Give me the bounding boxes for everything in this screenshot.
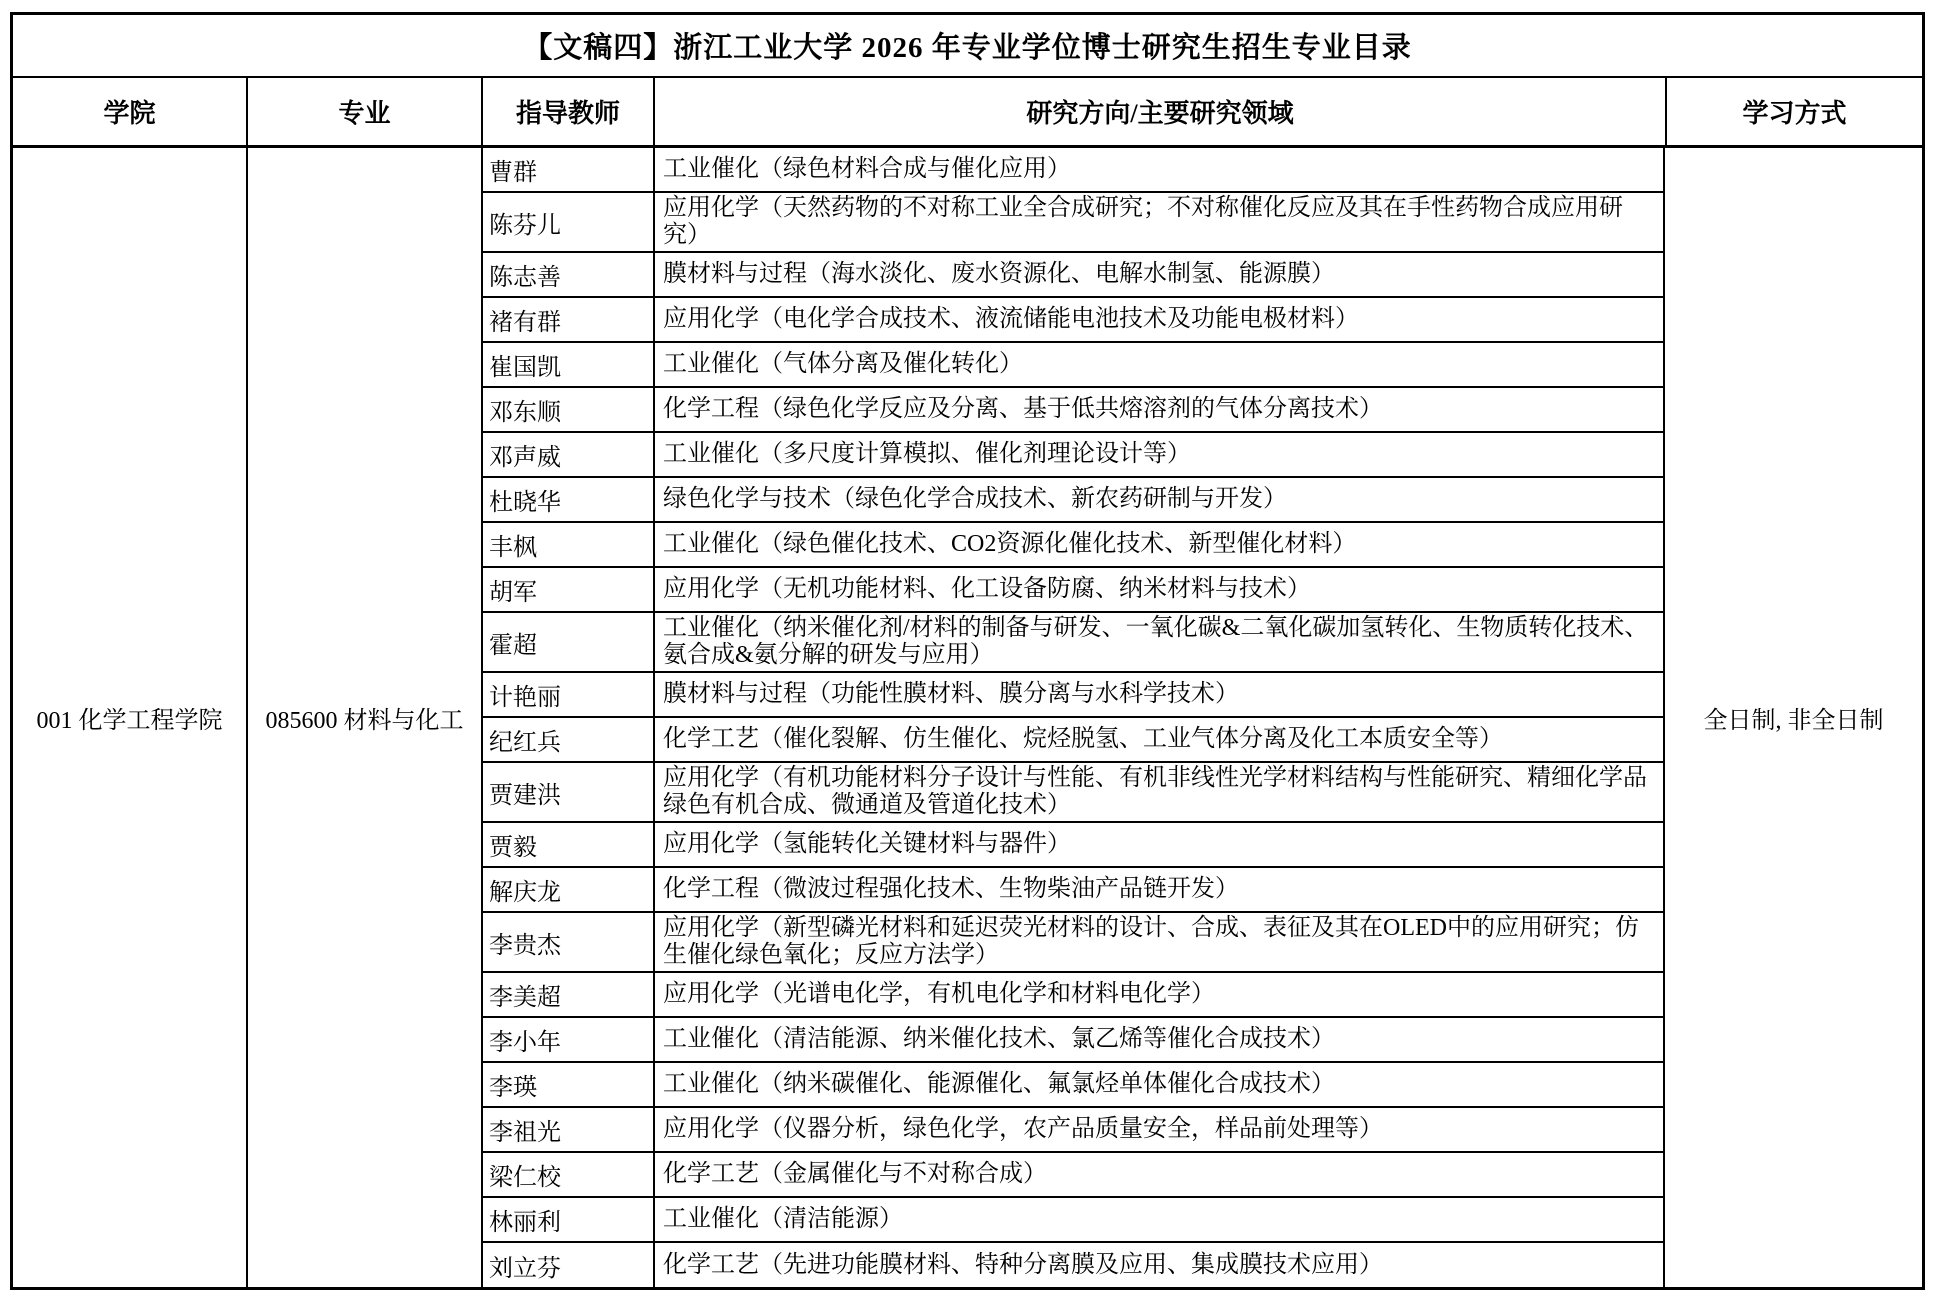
- research-direction: 工业催化（绿色催化技术、CO2资源化催化技术、新型催化材料）: [655, 523, 1663, 566]
- research-direction: 应用化学（仪器分析，绿色化学，农产品质量安全，样品前处理等）: [655, 1108, 1663, 1151]
- table-row: 梁仁校 化学工艺（金属催化与不对称合成）: [483, 1153, 1663, 1198]
- table-row: 解庆龙 化学工程（微波过程强化技术、生物柴油产品链开发）: [483, 868, 1663, 913]
- research-direction: 化学工艺（先进功能膜材料、特种分离膜及应用、集成膜技术应用）: [655, 1243, 1663, 1288]
- research-direction: 应用化学（氢能转化关键材料与器件）: [655, 823, 1663, 866]
- study-mode-cell: 全日制, 非全日制: [1665, 148, 1922, 1287]
- college-cell: 001 化学工程学院: [13, 148, 248, 1287]
- document-page: { "page": { "title": "【文稿四】浙江工业大学 2026 年…: [0, 0, 1938, 1302]
- advisor-name: 陈志善: [483, 253, 655, 296]
- research-direction: 膜材料与过程（海水淡化、废水资源化、电解水制氢、能源膜）: [655, 253, 1663, 296]
- advisor-name: 霍超: [483, 613, 655, 671]
- research-direction: 化学工程（绿色化学反应及分离、基于低共熔溶剂的气体分离技术）: [655, 388, 1663, 431]
- table-row: 胡军 应用化学（无机功能材料、化工设备防腐、纳米材料与技术）: [483, 568, 1663, 613]
- research-direction: 工业催化（多尺度计算模拟、催化剂理论设计等）: [655, 433, 1663, 476]
- research-direction: 工业催化（绿色材料合成与催化应用）: [655, 148, 1663, 191]
- table-row: 霍超 工业催化（纳米催化剂/材料的制备与研发、一氧化碳&二氧化碳加氢转化、生物质…: [483, 613, 1663, 673]
- admissions-catalog-table: 【文稿四】浙江工业大学 2026 年专业学位博士研究生招生专业目录 学院 专业 …: [10, 12, 1925, 1290]
- advisor-name: 贾建洪: [483, 763, 655, 821]
- research-direction: 工业催化（纳米催化剂/材料的制备与研发、一氧化碳&二氧化碳加氢转化、生物质转化技…: [655, 613, 1663, 671]
- table-row: 纪红兵 化学工艺（催化裂解、仿生催化、烷烃脱氢、工业气体分离及化工本质安全等）: [483, 718, 1663, 763]
- research-direction: 绿色化学与技术（绿色化学合成技术、新农药研制与开发）: [655, 478, 1663, 521]
- table-row: 计艳丽 膜材料与过程（功能性膜材料、膜分离与水科学技术）: [483, 673, 1663, 718]
- advisor-name: 李美超: [483, 973, 655, 1016]
- table-row: 陈芬儿 应用化学（天然药物的不对称工业全合成研究；不对称催化反应及其在手性药物合…: [483, 193, 1663, 253]
- table-row: 林丽利 工业催化（清洁能源）: [483, 1198, 1663, 1243]
- table-title: 【文稿四】浙江工业大学 2026 年专业学位博士研究生招生专业目录: [13, 15, 1922, 78]
- table-row: 杜晓华 绿色化学与技术（绿色化学合成技术、新农药研制与开发）: [483, 478, 1663, 523]
- table-row: 邓声威 工业催化（多尺度计算模拟、催化剂理论设计等）: [483, 433, 1663, 478]
- table-row: 邓东顺 化学工程（绿色化学反应及分离、基于低共熔溶剂的气体分离技术）: [483, 388, 1663, 433]
- research-direction: 工业催化（清洁能源）: [655, 1198, 1663, 1241]
- table-row: 李祖光 应用化学（仪器分析，绿色化学，农产品质量安全，样品前处理等）: [483, 1108, 1663, 1153]
- table-row: 李瑛 工业催化（纳米碳催化、能源催化、氟氯烃单体催化合成技术）: [483, 1063, 1663, 1108]
- research-direction: 工业催化（纳米碳催化、能源催化、氟氯烃单体催化合成技术）: [655, 1063, 1663, 1106]
- research-direction: 应用化学（天然药物的不对称工业全合成研究；不对称催化反应及其在手性药物合成应用研…: [655, 193, 1663, 251]
- advisor-rows-column: 曹群 工业催化（绿色材料合成与催化应用） 陈芬儿 应用化学（天然药物的不对称工业…: [483, 148, 1665, 1287]
- advisor-name: 褚有群: [483, 298, 655, 341]
- research-direction: 应用化学（光谱电化学，有机电化学和材料电化学）: [655, 973, 1663, 1016]
- research-direction: 化学工艺（金属催化与不对称合成）: [655, 1153, 1663, 1196]
- advisor-name: 丰枫: [483, 523, 655, 566]
- table-row: 贾建洪 应用化学（有机功能材料分子设计与性能、有机非线性光学材料结构与性能研究、…: [483, 763, 1663, 823]
- table-row: 李贵杰 应用化学（新型磷光材料和延迟荧光材料的设计、合成、表征及其在OLED中的…: [483, 913, 1663, 973]
- advisor-name: 崔国凯: [483, 343, 655, 386]
- header-research-direction: 研究方向/主要研究领域: [655, 78, 1665, 145]
- advisor-name: 解庆龙: [483, 868, 655, 911]
- table-row: 丰枫 工业催化（绿色催化技术、CO2资源化催化技术、新型催化材料）: [483, 523, 1663, 568]
- advisor-name: 邓东顺: [483, 388, 655, 431]
- advisor-name: 贾毅: [483, 823, 655, 866]
- advisor-name: 李祖光: [483, 1108, 655, 1151]
- header-major: 专业: [248, 78, 483, 145]
- advisor-name: 陈芬儿: [483, 193, 655, 251]
- advisor-name: 曹群: [483, 148, 655, 191]
- research-direction: 应用化学（新型磷光材料和延迟荧光材料的设计、合成、表征及其在OLED中的应用研究…: [655, 913, 1663, 971]
- major-cell: 085600 材料与化工: [248, 148, 483, 1287]
- research-direction: 应用化学（无机功能材料、化工设备防腐、纳米材料与技术）: [655, 568, 1663, 611]
- table-body: 001 化学工程学院 085600 材料与化工 曹群 工业催化（绿色材料合成与催…: [13, 148, 1922, 1287]
- table-row: 褚有群 应用化学（电化学合成技术、液流储能电池技术及功能电极材料）: [483, 298, 1663, 343]
- research-direction: 膜材料与过程（功能性膜材料、膜分离与水科学技术）: [655, 673, 1663, 716]
- advisor-name: 李贵杰: [483, 913, 655, 971]
- table-row: 刘立芬 化学工艺（先进功能膜材料、特种分离膜及应用、集成膜技术应用）: [483, 1243, 1663, 1288]
- table-row: 曹群 工业催化（绿色材料合成与催化应用）: [483, 148, 1663, 193]
- table-row: 崔国凯 工业催化（气体分离及催化转化）: [483, 343, 1663, 388]
- advisor-name: 梁仁校: [483, 1153, 655, 1196]
- advisor-name: 李瑛: [483, 1063, 655, 1106]
- table-row: 李美超 应用化学（光谱电化学，有机电化学和材料电化学）: [483, 973, 1663, 1018]
- header-study-mode: 学习方式: [1665, 78, 1922, 145]
- research-direction: 化学工艺（催化裂解、仿生催化、烷烃脱氢、工业气体分离及化工本质安全等）: [655, 718, 1663, 761]
- advisor-name: 纪红兵: [483, 718, 655, 761]
- research-direction: 应用化学（有机功能材料分子设计与性能、有机非线性光学材料结构与性能研究、精细化学…: [655, 763, 1663, 821]
- advisor-name: 胡军: [483, 568, 655, 611]
- table-row: 陈志善 膜材料与过程（海水淡化、废水资源化、电解水制氢、能源膜）: [483, 253, 1663, 298]
- advisor-name: 杜晓华: [483, 478, 655, 521]
- table-row: 李小年 工业催化（清洁能源、纳米催化技术、氯乙烯等催化合成技术）: [483, 1018, 1663, 1063]
- advisor-name: 刘立芬: [483, 1243, 655, 1288]
- research-direction: 工业催化（清洁能源、纳米催化技术、氯乙烯等催化合成技术）: [655, 1018, 1663, 1061]
- header-college: 学院: [13, 78, 248, 145]
- research-direction: 工业催化（气体分离及催化转化）: [655, 343, 1663, 386]
- table-row: 贾毅 应用化学（氢能转化关键材料与器件）: [483, 823, 1663, 868]
- advisor-name: 李小年: [483, 1018, 655, 1061]
- header-advisor: 指导教师: [483, 78, 655, 145]
- table-header-row: 学院 专业 指导教师 研究方向/主要研究领域 学习方式: [13, 78, 1922, 148]
- advisor-name: 林丽利: [483, 1198, 655, 1241]
- advisor-name: 计艳丽: [483, 673, 655, 716]
- research-direction: 化学工程（微波过程强化技术、生物柴油产品链开发）: [655, 868, 1663, 911]
- advisor-name: 邓声威: [483, 433, 655, 476]
- research-direction: 应用化学（电化学合成技术、液流储能电池技术及功能电极材料）: [655, 298, 1663, 341]
